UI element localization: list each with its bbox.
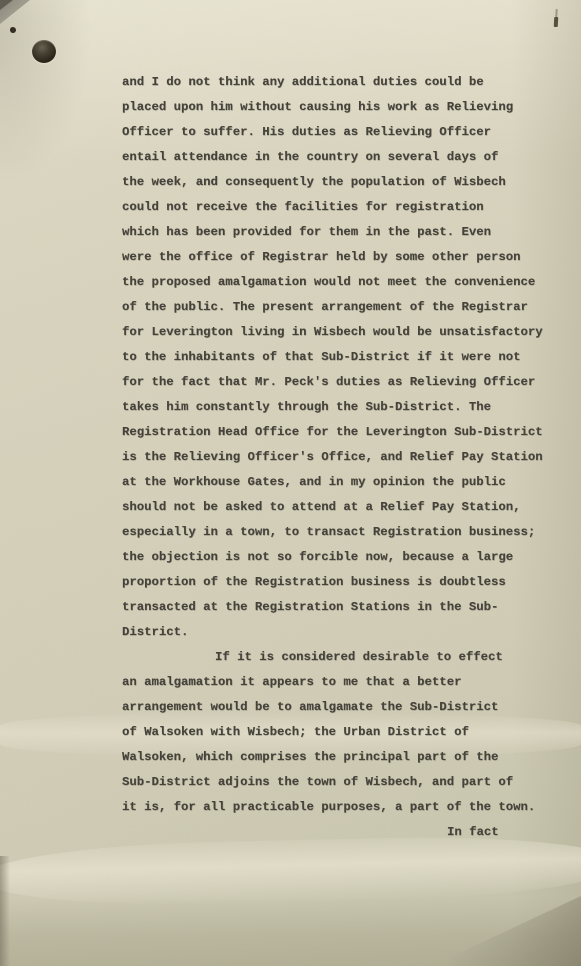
text-line: placed upon him without causing his work… [122,95,562,120]
paper-shadow-bottom-right [431,896,581,966]
text-line: and I do not think any additional duties… [122,70,562,95]
text-line: should not be asked to attend at a Relie… [122,495,562,520]
text-line: especially in a town, to transact Regist… [122,520,562,545]
text-line: at the Workhouse Gates, and in my opinio… [122,470,562,495]
text-line: arrangement would be to amalgamate the S… [122,695,562,720]
text-line: is the Relieving Officer's Office, and R… [122,445,562,470]
text-line: Officer to suffer. His duties as Relievi… [122,120,562,145]
text-line: transacted at the Registration Stations … [122,595,562,620]
text-line: In fact [447,820,562,845]
punch-hole [32,40,56,63]
text-line: an amalgamation it appears to me that a … [122,670,562,695]
text-line: District. [122,620,562,645]
document-page: and I do not think any additional duties… [0,0,581,966]
text-line: which has been provided for them in the … [122,220,562,245]
text-line: the objection is not so forcible now, be… [122,545,562,570]
text-line: takes him constantly through the Sub-Dis… [122,395,562,420]
corner-shadow-dark [0,0,13,10]
typewritten-text: and I do not think any additional duties… [122,70,562,845]
paper-shadow-bottom-left [0,856,10,966]
text-line: Walsoken, which comprises the principal … [122,745,562,770]
text-line: entail attendance in the country on seve… [122,145,562,170]
text-line: for Leverington living in Wisbech would … [122,320,562,345]
text-line: it is, for all practicable purposes, a p… [122,795,562,820]
paper-shade-top-left [0,0,100,200]
text-line: could not receive the facilities for reg… [122,195,562,220]
text-line: If it is considered desirable to effect [122,645,562,670]
text-line: Sub-District adjoins the town of Wisbech… [122,770,562,795]
text-line: proportion of the Registration business … [122,570,562,595]
text-line: the week, and consequently the populatio… [122,170,562,195]
text-line: the proposed amalgamation would not meet… [122,270,562,295]
text-line: of Walsoken with Wisbech; the Urban Dist… [122,720,562,745]
corner-shadow [0,0,30,24]
text-line: of the public. The present arrangement o… [122,295,562,320]
text-line: were the office of Registrar held by som… [122,245,562,270]
margin-mark [554,17,559,27]
text-line: Registration Head Office for the Leverin… [122,420,562,445]
text-line: to the inhabitants of that Sub-District … [122,345,562,370]
text-line: for the fact that Mr. Peck's duties as R… [122,370,562,395]
paper-shade-bottom [0,898,581,966]
ink-speck [10,27,16,33]
